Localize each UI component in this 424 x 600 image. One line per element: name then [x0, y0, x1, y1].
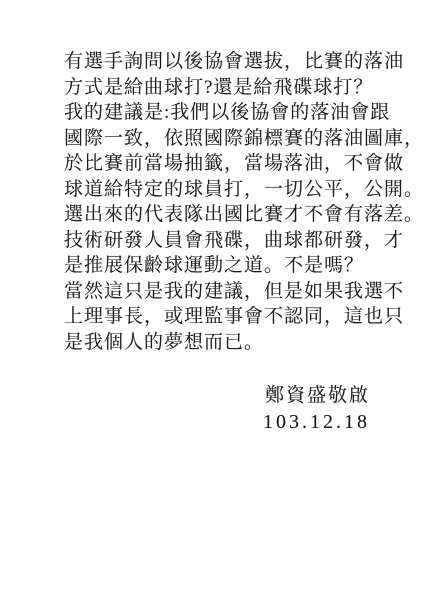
text-line: 方式是給曲球打?還是給飛碟球打？ [64, 75, 408, 101]
signature-block: 鄭資盛敬啟 103.12.18 [0, 383, 370, 435]
text-line: 國際一致，依照國際錦標賽的落油圖庫， [64, 126, 408, 152]
letter-body: 有選手詢問以後協會選拔，比賽的落油 方式是給曲球打?還是給飛碟球打？ 我的建議是… [64, 49, 408, 355]
text-line: 選出來的代表隊出國比賽才不會有落差。 [64, 202, 408, 228]
document-page: 有選手詢問以後協會選拔，比賽的落油 方式是給曲球打?還是給飛碟球打？ 我的建議是… [0, 0, 424, 600]
text-line: 當然這只是我的建議，但是如果我選不 [64, 279, 408, 305]
text-line: 球道給特定的球員打，一切公平，公開。 [64, 177, 408, 203]
text-line: 是推展保齡球運動之道。不是嗎？ [64, 253, 408, 279]
text-line: 我的建議是:我們以後協會的落油會跟 [64, 100, 408, 126]
signature-date: 103.12.18 [0, 409, 370, 435]
text-line: 技術研發人員會飛碟，曲球都研發，才 [64, 228, 408, 254]
signature-name: 鄭資盛敬啟 [0, 383, 370, 409]
text-line: 有選手詢問以後協會選拔，比賽的落油 [64, 49, 408, 75]
text-line: 於比賽前當場抽籤，當場落油，不會做 [64, 151, 408, 177]
text-line: 上理事長，或理監事會不認同，這也只 [64, 304, 408, 330]
text-line: 是我個人的夢想而已。 [64, 330, 408, 356]
